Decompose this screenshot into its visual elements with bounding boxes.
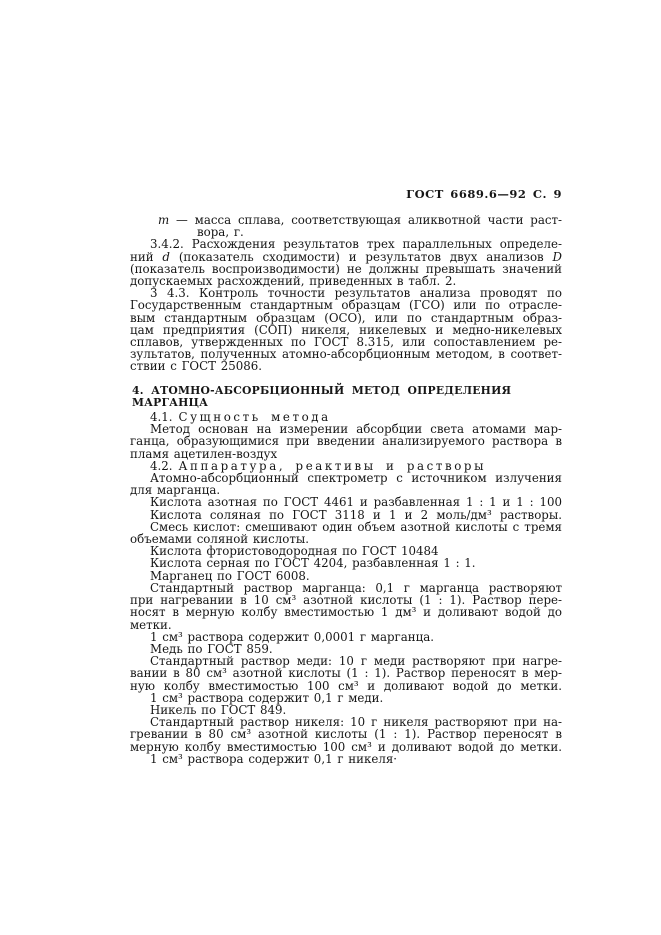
- variable-m: m: [158, 213, 169, 227]
- para-3-4-3-line: ствии с ГОСТ 25086.: [130, 360, 562, 372]
- para-3-4-3-line: Государственным стандартным образцам (ГС…: [130, 299, 562, 311]
- para-4-2-line: гревании в 80 см³ азотной кислоты (1 : 1…: [130, 728, 562, 740]
- para-4-2-line: вании в 80 см³ азотной кислоты (1 : 1). …: [130, 667, 562, 679]
- page-content: ГОСТ 6689.6—92 С. 9 m — масса сплава, со…: [130, 188, 562, 765]
- para-4-2-line: метки.: [130, 619, 562, 631]
- section-4-heading: 4. АТОМНО-АБСОРБЦИОННЫЙ МЕТОД ОПРЕДЕЛЕНИ…: [132, 385, 562, 409]
- para-4-2-line: Кислота азотная по ГОСТ 4461 и разбавлен…: [130, 496, 562, 508]
- para-4-2-line: носят в мерную колбу вместимостью 1 дм³ …: [130, 606, 562, 618]
- para-4-2-line: Кислота серная по ГОСТ 4204, разбавленна…: [130, 557, 562, 569]
- para-4-2-line: ную колбу вместимостью 100 см³ и доливаю…: [130, 680, 562, 692]
- para-3-4-2-line: ний d (показатель сходимости) и результа…: [130, 251, 562, 263]
- document-page: ГОСТ 6689.6—92 С. 9 m — масса сплава, со…: [0, 0, 661, 935]
- definition-line: m — масса сплава, соответствующая аликво…: [130, 214, 562, 226]
- para-4-2-line: мерную колбу вместимостью 100 см³ и доли…: [130, 741, 562, 753]
- para-4-2-line: 1 см³ раствора содержит 0,1 г никеля·: [130, 753, 562, 765]
- page-header-gost-number: ГОСТ 6689.6—92 С. 9: [130, 188, 562, 200]
- para-4-1-line: ганца, образующимися при введении анализ…: [130, 435, 562, 447]
- document-body: m — масса сплава, соответствующая аликво…: [130, 214, 562, 765]
- para-3-4-3-line: вым стандартным образцам (ОСО), или по с…: [130, 312, 562, 324]
